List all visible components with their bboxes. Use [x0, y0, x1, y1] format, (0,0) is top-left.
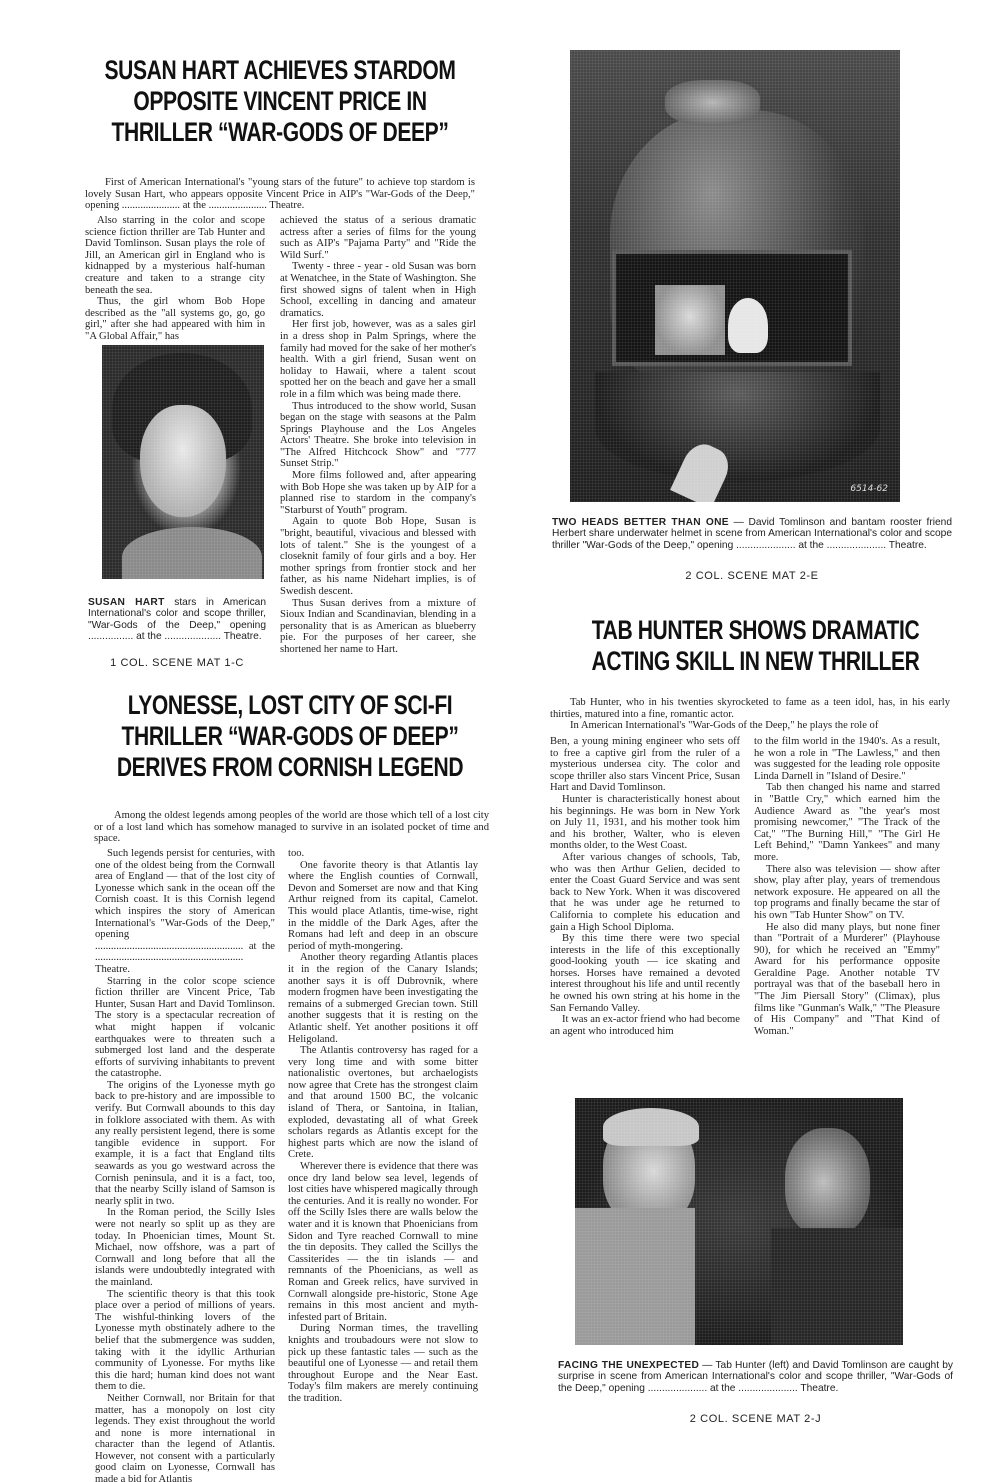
man-left-jacket — [575, 1208, 695, 1345]
man-left-hair — [603, 1108, 699, 1146]
photo-code: 6514-62 — [850, 484, 888, 494]
rooster-in-window — [728, 298, 768, 353]
column-1: Such legends persist for centuries, with… — [95, 848, 275, 1482]
man-right-head — [785, 1128, 870, 1236]
photo-block-2j: FACING THE UNEXPECTED — Tab Hunter (left… — [550, 1095, 960, 1440]
headline-lyonesse: LYONESSE, LOST CITY OF SCI-FI THRILLER “… — [48, 690, 532, 783]
mat-label-2e: 2 COL. SCENE MAT 2-E — [552, 570, 952, 582]
face-in-window — [655, 285, 725, 355]
article-lyonesse: LYONESSE, LOST CITY OF SCI-FI THRILLER “… — [80, 690, 500, 1470]
column-2: too. One favorite theory is that Atlanti… — [288, 848, 478, 1405]
headline-susan-hart: SUSAN HART ACHIEVES STARDOM OPPOSITE VIN… — [46, 55, 514, 148]
caption-susan-hart: SUSAN HART stars in American Internation… — [88, 597, 266, 643]
photo-underwater-helmet: 6514-62 — [570, 50, 900, 502]
face-shape — [140, 405, 226, 517]
article-susan-hart: SUSAN HART ACHIEVES STARDOM OPPOSITE VIN… — [80, 55, 480, 675]
article-tab-hunter: TAB HUNTER SHOWS DRAMATIC ACTING SKILL I… — [548, 615, 963, 1065]
mat-label-1c: 1 COL. SCENE MAT 1-C — [88, 657, 266, 669]
headline-tab-hunter: TAB HUNTER SHOWS DRAMATIC ACTING SKILL I… — [516, 615, 996, 677]
column-2: achieved the status of a serious dramati… — [280, 215, 476, 656]
column-1: Also starring in the color and scope sci… — [85, 215, 265, 343]
column-2: to the film world in the 1940's. As a re… — [754, 736, 940, 1037]
caption-facing-unexpected: FACING THE UNEXPECTED — Tab Hunter (left… — [558, 1360, 953, 1394]
caption-two-heads: TWO HEADS BETTER THAN ONE — David Tomlin… — [552, 517, 952, 551]
helmet-collar — [595, 372, 880, 482]
photo-susan-hart-portrait — [102, 345, 264, 579]
lead-paragraph: First of American International's "young… — [85, 177, 475, 212]
lead-paragraph: Tab Hunter, who in his twenties skyrocke… — [550, 697, 950, 732]
helmet-top-knob — [665, 80, 760, 125]
column-1: Ben, a young mining engineer who sets of… — [550, 736, 740, 1037]
lead-paragraph: Among the oldest legends among peoples o… — [94, 810, 489, 845]
photo-block-2e: 6514-62 TWO HEADS BETTER THAN ONE — Davi… — [550, 50, 960, 585]
shoulder-shape — [122, 527, 262, 579]
mat-label-2j: 2 COL. SCENE MAT 2-J — [558, 1413, 953, 1425]
photo-facing-the-unexpected — [575, 1098, 903, 1345]
man-right-jacket — [771, 1228, 903, 1345]
